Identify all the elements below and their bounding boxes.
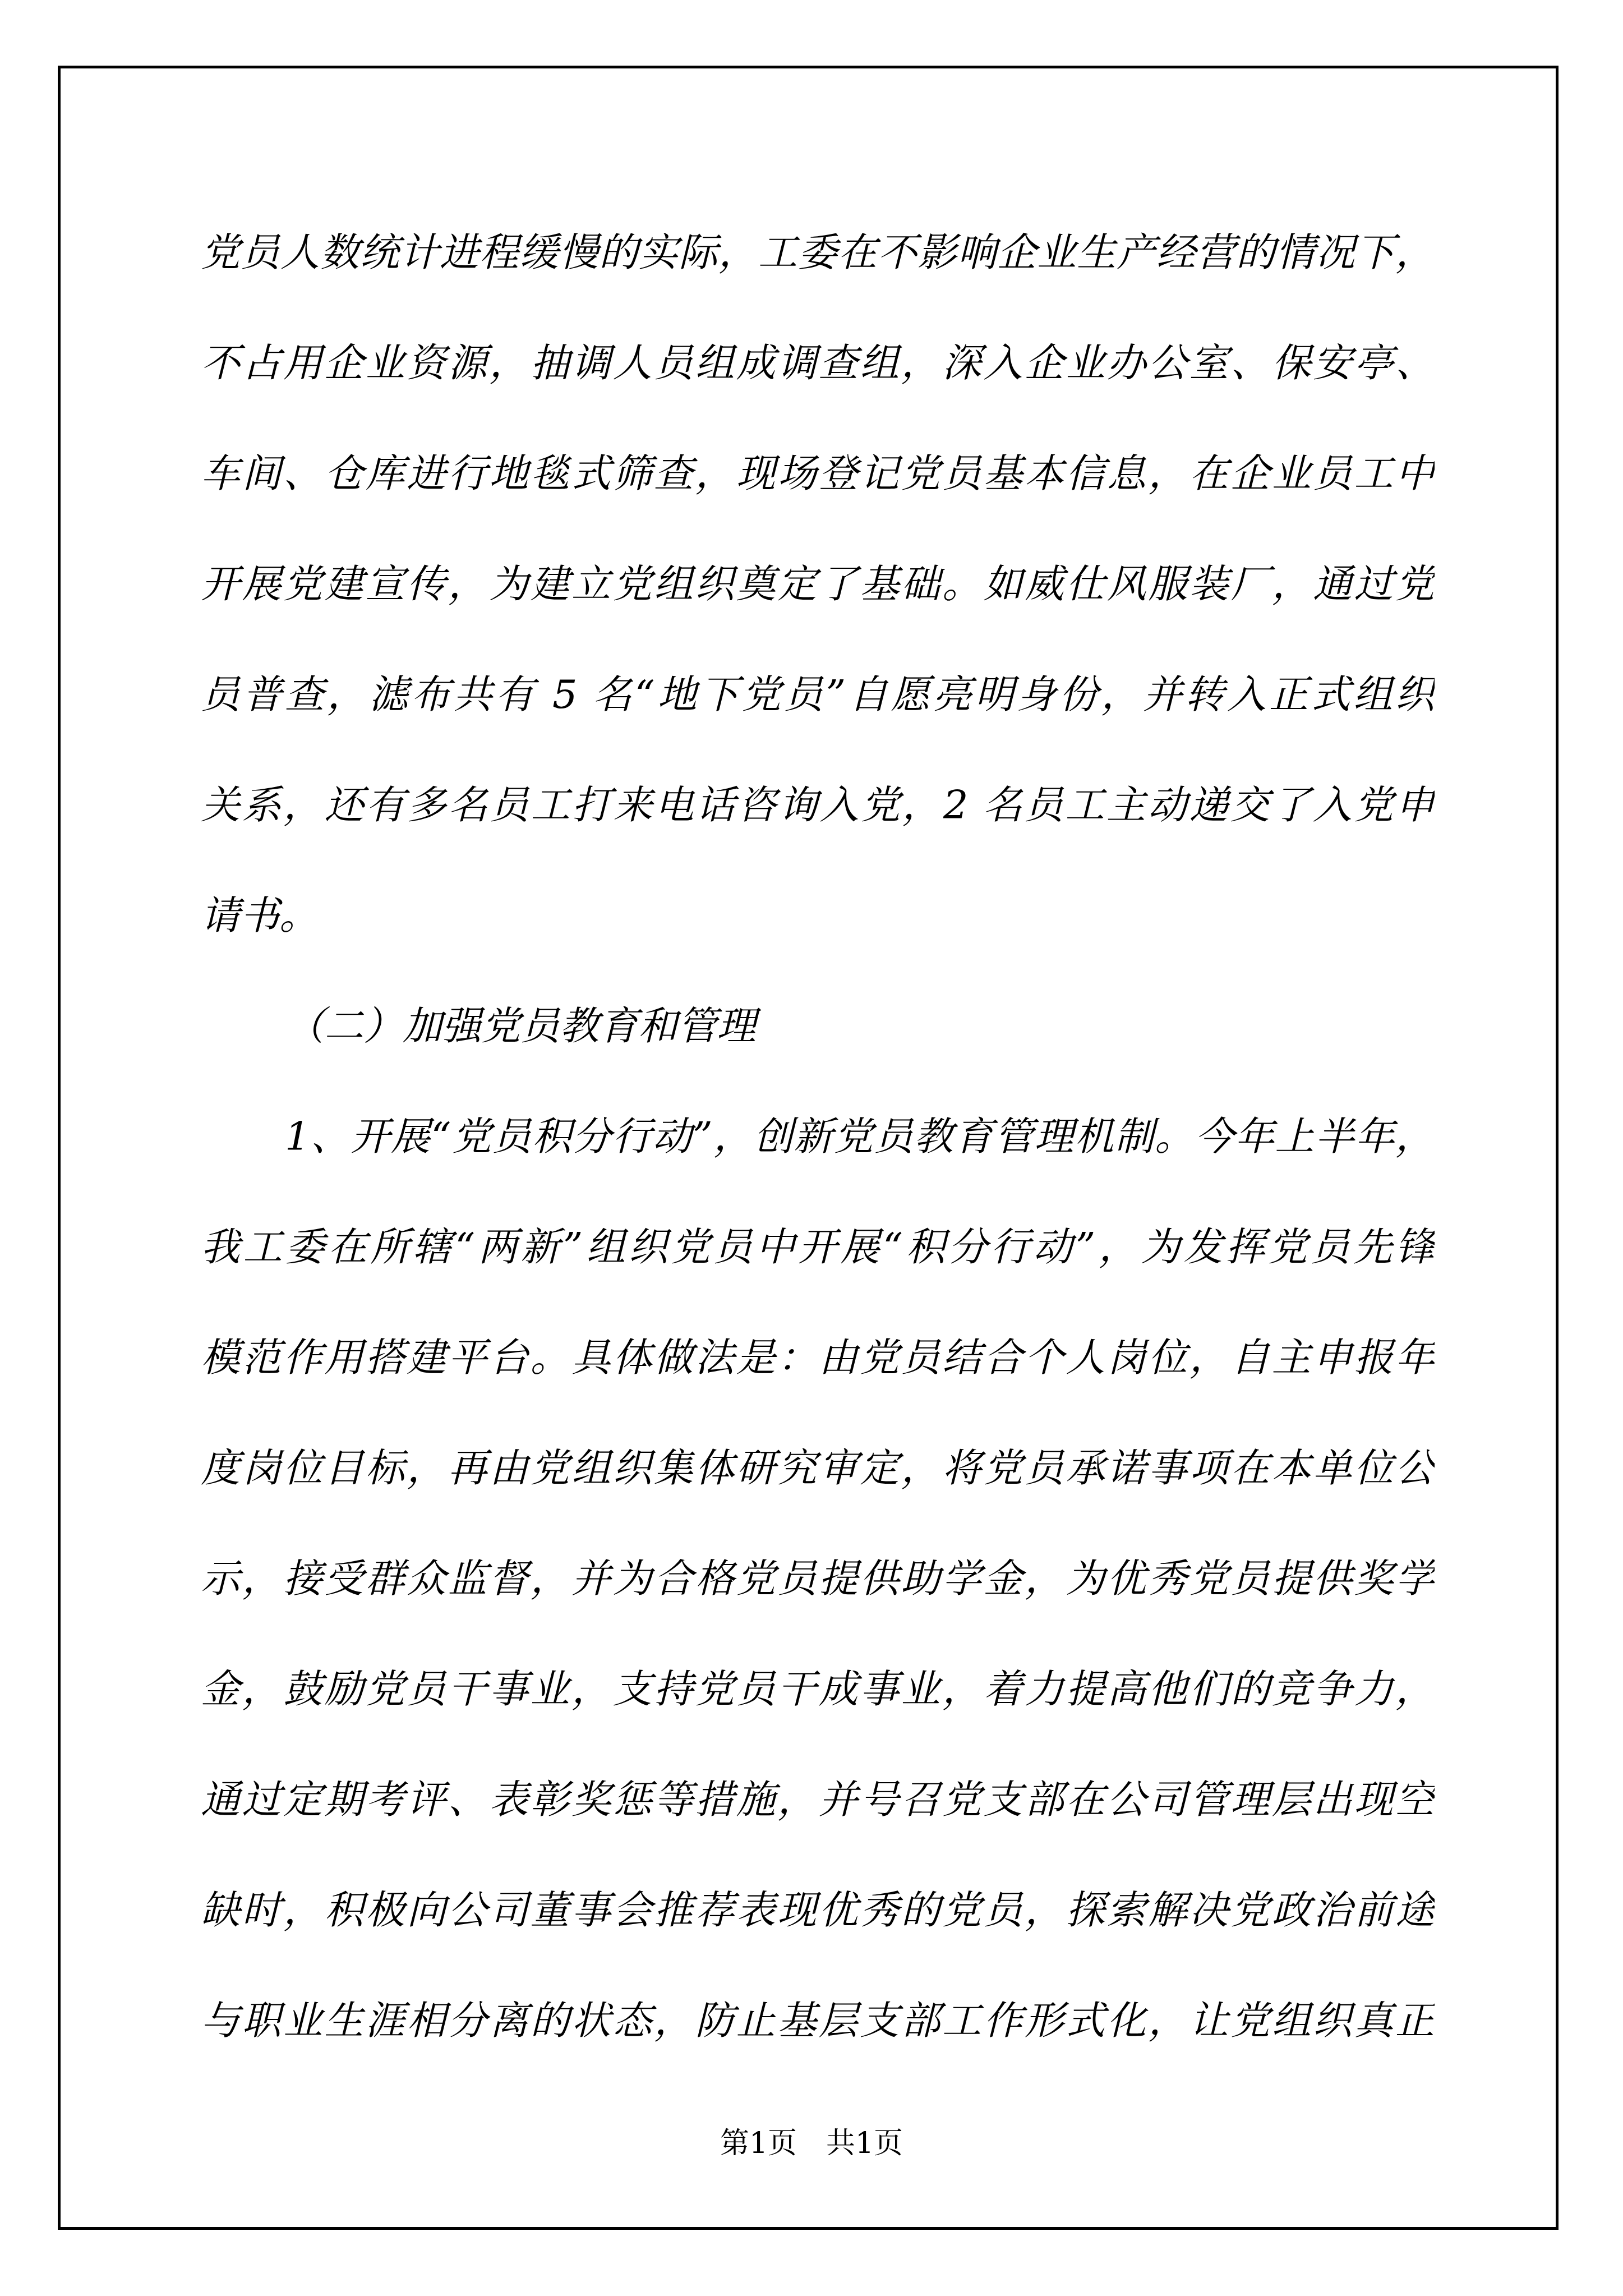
- text-line: 我工委在所辖“两新”组织党员中开展“积分行动”，为发挥党员先锋: [201, 1192, 1435, 1303]
- text-line: 与职业生涯相分离的状态，防止基层支部工作形式化，让党组织真正: [201, 1966, 1435, 2076]
- text-line: 1、开展“党员积分行动”，创新党员教育管理机制。今年上半年，: [201, 1082, 1435, 1192]
- text-line: 开展党建宣传，为建立党组织奠定了基础。如威仕风服装厂，通过党: [201, 529, 1435, 639]
- text-line: 度岗位目标，再由党组织集体研究审定，将党员承诺事项在本单位公: [201, 1413, 1435, 1524]
- text-line: 请书。: [201, 861, 1435, 971]
- page-body-text: 党员人数统计进程缓慢的实际，工委在不影响企业生产经营的情况下， 不占用企业资源，…: [201, 197, 1435, 2076]
- text-line: 金，鼓励党员干事业，支持党员干成事业，着力提高他们的竞争力，: [201, 1634, 1435, 1745]
- text-line: 不占用企业资源，抽调人员组成调查组，深入企业办公室、保安亭、: [201, 308, 1435, 418]
- page-number-footer: 第1页 共1页: [0, 2127, 1623, 2160]
- text-line: 通过定期考评、表彰奖惩等措施，并号召党支部在公司管理层出现空: [201, 1745, 1435, 1855]
- text-line: 示，接受群众监督，并为合格党员提供助学金，为优秀党员提供奖学: [201, 1524, 1435, 1634]
- text-line: 党员人数统计进程缓慢的实际，工委在不影响企业生产经营的情况下，: [201, 197, 1435, 308]
- text-line: 车间、仓库进行地毯式筛查，现场登记党员基本信息，在企业员工中: [201, 418, 1435, 529]
- text-line: 员普查，滤布共有 5 名“地下党员”自愿亮明身份，并转入正式组织: [201, 639, 1435, 750]
- text-line: 关系，还有多名员工打来电话咨询入党，2 名员工主动递交了入党申: [201, 750, 1435, 861]
- text-line: 模范作用搭建平台。具体做法是：由党员结合个人岗位，自主申报年: [201, 1303, 1435, 1413]
- section-heading: （二）加强党员教育和管理: [201, 971, 1435, 1082]
- text-line: 缺时，积极向公司董事会推荐表现优秀的党员，探索解决党政治前途: [201, 1855, 1435, 1966]
- document-page: { "page": { "background_color": "#ffffff…: [0, 0, 1623, 2296]
